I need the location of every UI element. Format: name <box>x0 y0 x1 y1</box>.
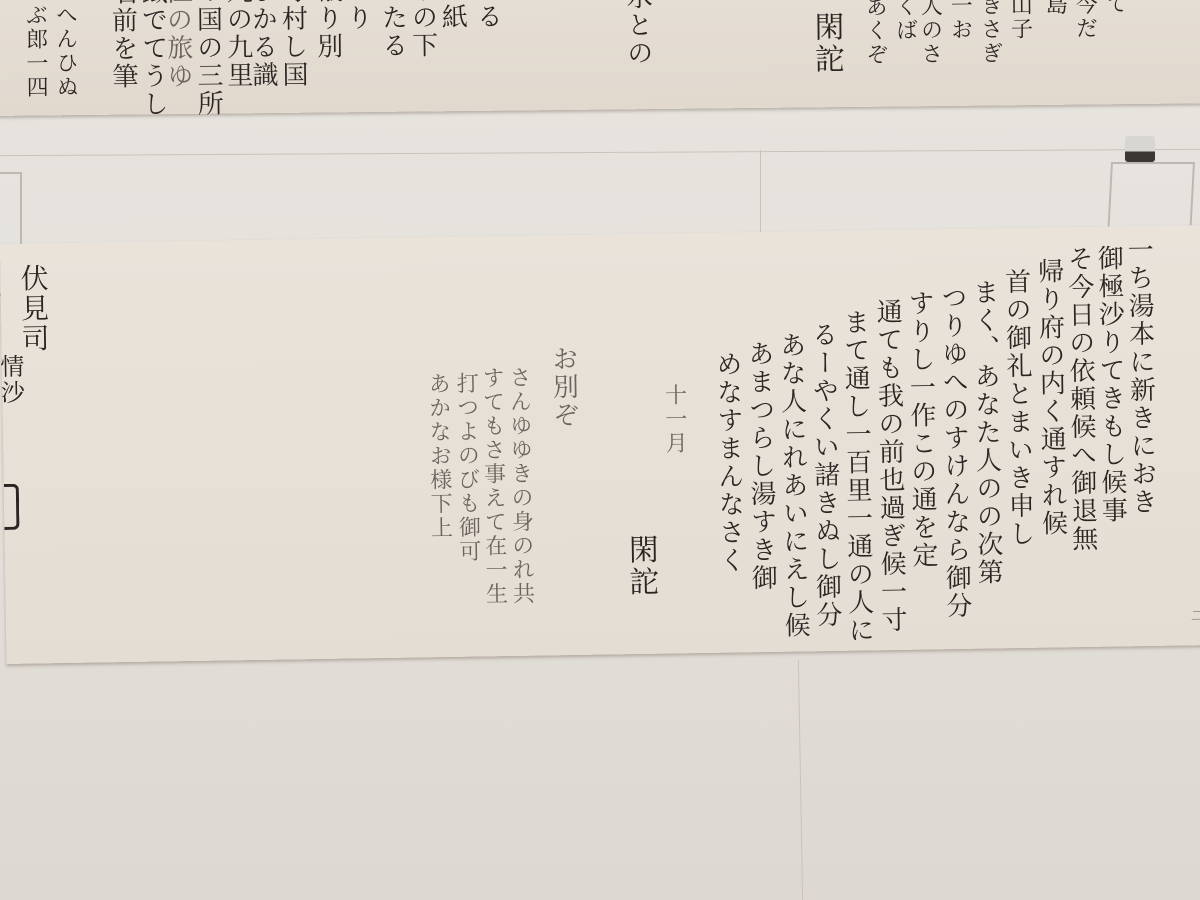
letter-column: すてもさ事えて在一生 <box>480 366 506 606</box>
letter-column: そ今日の依頼候へ御退無 <box>1065 245 1096 553</box>
upper-scroll: んぶ郎一四 ゆへんひぬ 名前を筆 鐵でてうし 江の旅ゆ の国の三所 丸の九里 ま… <box>0 0 1200 116</box>
upper-column: 字の下 <box>409 0 436 60</box>
address-column: 伏見司 <box>18 263 47 353</box>
page-number: 二 <box>1191 605 1200 625</box>
upper-column: 名前を筆 <box>109 0 136 91</box>
upper-column: 儀り別 <box>314 0 341 61</box>
upper-column: ゆへんひぬ <box>53 0 76 99</box>
upper-column: まかる識 <box>249 0 276 89</box>
upper-column: んぶ郎一四 <box>23 0 46 100</box>
letter-column: 帰り府の内く通すれ候 <box>1035 257 1065 537</box>
upper-column: まきさぎ <box>978 0 1001 66</box>
letter-column: 通ても我の前也過ぎ候一寸 <box>874 298 905 634</box>
letter-column: さんゆゆきの身のれ共 <box>507 366 533 606</box>
seal-mark <box>4 484 20 530</box>
upper-column: ねり <box>344 0 371 32</box>
letter-column: めなすまんなさく <box>714 350 744 574</box>
letter-heading: お別ぞ <box>550 345 577 429</box>
upper-column: 多島 <box>1043 0 1066 17</box>
letter-column: まて通し一百里一通の人に <box>841 308 872 644</box>
letter-column: 御極沙りてきもし候事 <box>1095 244 1125 524</box>
letter-column: あな人にれあいにえし候 <box>777 331 808 639</box>
letter-signature: 閑詑 <box>625 534 656 598</box>
letter-column: 首の御礼とまいき申し <box>1003 268 1033 548</box>
upper-column: へあくぞ <box>863 0 886 67</box>
letter-column: あまつらし湯すき御 <box>746 340 776 592</box>
upper-column: 別紙 <box>439 0 466 31</box>
main-scroll: 一ち湯本に新きにおき 御極沙りてきもし候事 そ今日の依頼候へ御退無 帰り府の内く… <box>0 225 1200 664</box>
upper-column: てる <box>474 0 501 31</box>
letter-column: まく、あなた人のの次第 <box>971 278 1002 586</box>
display-clip-cap <box>1125 136 1155 162</box>
letter-column: つりゆへのすけんなら御分 <box>939 284 970 620</box>
letter-column: 一ち湯本に新きにおき <box>1125 236 1155 516</box>
upper-column: えて <box>1103 0 1126 16</box>
upper-column: の国の三所 <box>194 0 221 118</box>
upper-signature: 閑詑 <box>810 11 841 75</box>
upper-column: 口たる <box>379 0 406 60</box>
upper-column: 松山子 <box>1008 0 1031 41</box>
letter-column: あかなお様下上 <box>426 372 451 540</box>
address-column: 情沙 <box>0 354 23 406</box>
letter-column: るーやくい諸きぬし御分 <box>809 321 840 629</box>
upper-column: え今だ <box>1073 0 1096 41</box>
letter-date: 十一月 <box>662 383 685 455</box>
upper-column: 水との <box>624 0 651 67</box>
upper-column: ん人のさ <box>918 0 941 66</box>
upper-column: そくば <box>893 0 916 43</box>
letter-column: すりし一作この通を定 <box>906 289 936 569</box>
upper-column: 御一お <box>948 0 971 42</box>
upper-column: 寺村し国 <box>279 0 306 89</box>
letter-column: 打つよのびも御可 <box>454 372 479 564</box>
upper-column: 江の旅ゆ <box>164 0 191 90</box>
